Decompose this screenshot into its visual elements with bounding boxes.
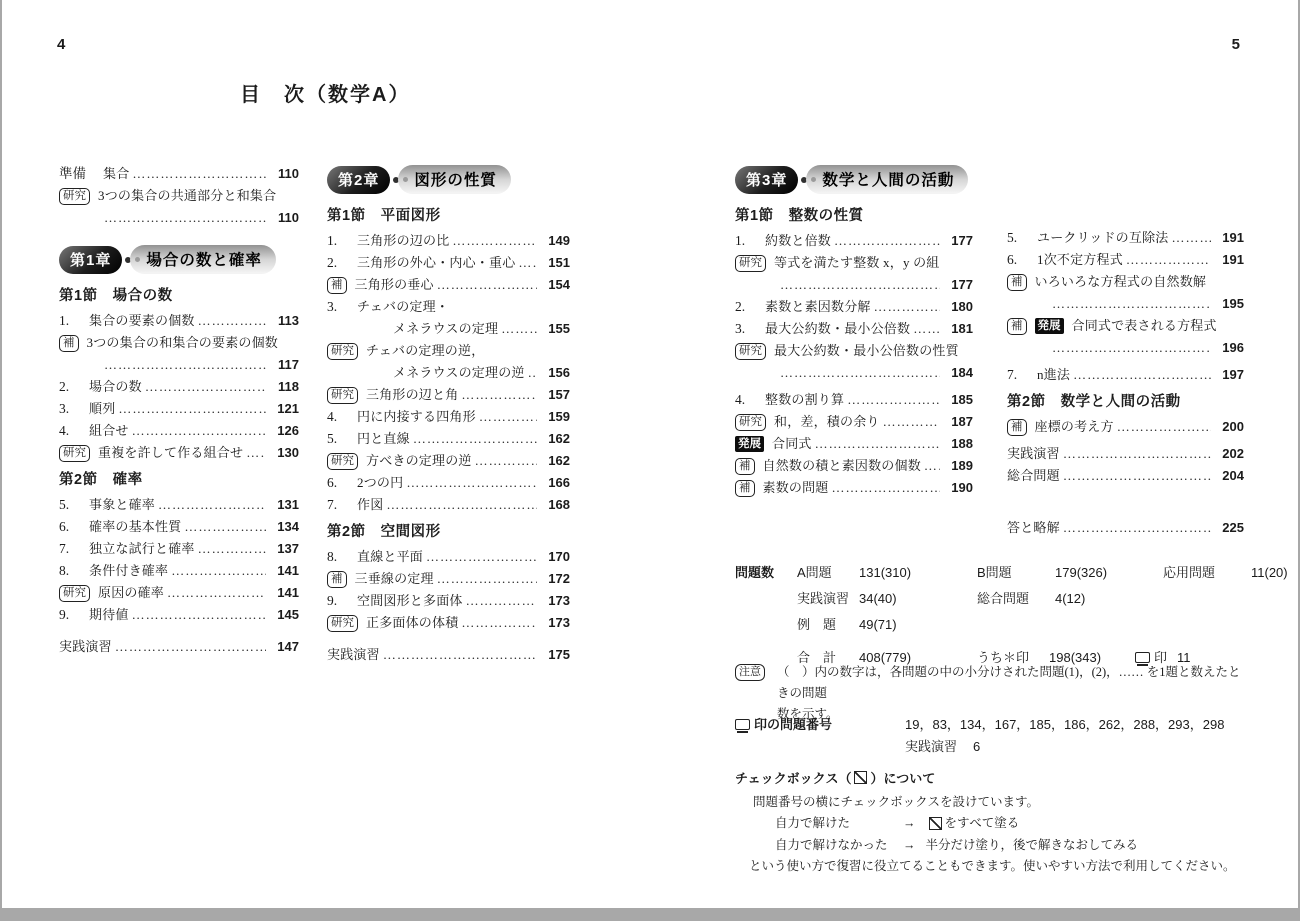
- toc-line: ………………………………………………………………184: [735, 362, 973, 384]
- toc-item: 実践演習………………………………………………………………175: [327, 644, 570, 666]
- toc-column-3: 第3章数学と人間の活動第1節 整数の性質1.約数と倍数……………………………………: [735, 163, 973, 499]
- page-ref: 131: [269, 494, 299, 516]
- page-ref: 118: [269, 376, 299, 398]
- page-ref: 159: [540, 406, 570, 428]
- page-ref: 185: [943, 389, 973, 411]
- checkbox-info-block: チェックボックス（）について 問題番号の横にチェックボックスを設けています。 自…: [735, 768, 1280, 878]
- item-title: 事象と確率: [89, 494, 155, 516]
- item-title: 直線と平面: [357, 546, 423, 568]
- chapter-number-badge: 第2章: [327, 166, 390, 194]
- item-title: 作図: [357, 494, 383, 516]
- page-ref: 154: [540, 274, 570, 296]
- page-ref: 162: [540, 428, 570, 450]
- toc-line: 8.直線と平面………………………………………………………………170: [327, 546, 570, 568]
- item-title: 正多面体の体積: [366, 612, 458, 634]
- dot-leader: ………………………………………………………………: [437, 274, 537, 296]
- research-badge: 研究: [327, 387, 358, 404]
- toc-line: 研究正多面体の体積………………………………………………………………173: [327, 612, 570, 634]
- page-ref: 180: [943, 296, 973, 318]
- toc-item: 研究3つの集合の共通部分と和集合…………………………………………………………………: [59, 185, 299, 229]
- page-ref: 181: [943, 318, 973, 340]
- chapter-number-badge: 第3章: [735, 166, 798, 194]
- item-title: 素数の問題: [763, 477, 829, 499]
- dot-leader: ………………………………………………………………: [780, 274, 940, 296]
- section-heading: 第1節 整数の性質: [735, 206, 973, 227]
- toc-item: 実践演習………………………………………………………………147: [59, 636, 299, 658]
- toc-line: 答と略解………………………………………………………………225: [1007, 517, 1244, 539]
- dot-leader: ………………………………………………………………: [452, 230, 537, 252]
- toc-item: 補いろいろな方程式の自然数解………………………………………………………………19…: [1007, 271, 1244, 315]
- toc-line: 4.組合せ………………………………………………………………126: [59, 420, 299, 442]
- dot-leader: ………………………………………………………………: [132, 420, 266, 442]
- checkbox-info-title: チェックボックス（）について: [735, 768, 1280, 790]
- page-number-right: 5: [1232, 36, 1240, 53]
- marked-extra-label: 実践演習: [905, 739, 957, 754]
- item-title: 重複を許して作る組合せ: [98, 442, 243, 464]
- dot-leader: ………………………………………………………………: [1117, 416, 1211, 438]
- item-title: 円に内接する四角形: [357, 406, 476, 428]
- research-badge: 研究: [59, 445, 90, 462]
- section-heading: 第1節 場合の数: [59, 286, 299, 307]
- item-number: 3.: [327, 296, 357, 318]
- page-ref: 162: [540, 450, 570, 472]
- toc-line: ………………………………………………………………177: [735, 274, 973, 296]
- item-title: 整数の割り算: [765, 389, 844, 411]
- toc-item: 6.確率の基本性質………………………………………………………………134: [59, 516, 299, 538]
- toc-item: 研究方べきの定理の逆………………………………………………………………162: [327, 450, 570, 472]
- toc-line: メネラウスの定理の逆………………………………………………………………156: [327, 362, 570, 384]
- chapter-heading: 第1章場合の数と確率: [59, 245, 299, 274]
- toc-item: 総合問題………………………………………………………………204: [1007, 465, 1244, 487]
- research-badge: 研究: [59, 188, 90, 205]
- page-ref: 172: [540, 568, 570, 590]
- stats-row: A問題131(310)B問題179(326)応用問題11(20): [797, 560, 1300, 586]
- page-ref: 177: [943, 274, 973, 296]
- item-title: 最大公約数・最小公倍数: [765, 318, 910, 340]
- item-title: 自然数の積と素因数の個数: [763, 455, 921, 477]
- toc-line: 研究最大公約数・最小公倍数の性質: [735, 340, 973, 362]
- toc-item: 9.期待値………………………………………………………………145: [59, 604, 299, 626]
- toc-item: 6.1次不定方程式………………………………………………………………191: [1007, 249, 1244, 271]
- page-ref: 187: [943, 411, 973, 433]
- toc-line: 5.ユークリッドの互除法………………………………………………………………191: [1007, 227, 1244, 249]
- item-title: 方べきの定理の逆: [366, 450, 472, 472]
- toc-item: 6.2つの円………………………………………………………………166: [327, 472, 570, 494]
- toc-item: 8.条件付き確率………………………………………………………………141: [59, 560, 299, 582]
- item-title: 約数と倍数: [765, 230, 831, 252]
- dot-leader: ………………………………………………………………: [198, 310, 266, 332]
- item-title: 等式を満たす整数 x，y の組: [774, 252, 940, 274]
- toc-item: 9.空間図形と多面体………………………………………………………………173: [327, 590, 570, 612]
- page-ref: 200: [1214, 416, 1244, 438]
- toc-line: 6.2つの円………………………………………………………………166: [327, 472, 570, 494]
- item-number: 7.: [59, 538, 89, 560]
- supplement-badge: 補: [1007, 419, 1027, 436]
- item-title: 合同式で表される方程式: [1072, 315, 1217, 337]
- dot-leader: ………………………………………………………………: [1073, 364, 1211, 386]
- toc-line: 発展合同式………………………………………………………………188: [735, 433, 973, 455]
- dot-leader: ………………………………………………………………: [1063, 517, 1211, 539]
- toc-item: 研究重複を許して作る組合せ………………………………………………………………130: [59, 442, 299, 464]
- note-badge: 注意: [735, 664, 765, 681]
- checkbox-icon: [854, 771, 867, 784]
- toc-line: 4.整数の割り算………………………………………………………………185: [735, 389, 973, 411]
- dot-leader: ………………………………………………………………: [501, 318, 537, 340]
- supplement-badge: 補: [327, 571, 347, 588]
- item-number: 5.: [327, 428, 357, 450]
- section-heading: 第2節 確率: [59, 470, 299, 491]
- item-title: 独立な試行と確率: [89, 538, 195, 560]
- toc-item: 5.円と直線………………………………………………………………162: [327, 428, 570, 450]
- page-number-left: 4: [57, 36, 65, 53]
- toc-item: 研究和，差，積の余り………………………………………………………………187: [735, 411, 973, 433]
- toc-column-4: 5.ユークリッドの互除法………………………………………………………………1916…: [1007, 163, 1244, 539]
- toc-item: 研究三角形の辺と角………………………………………………………………157: [327, 384, 570, 406]
- toc-item: 研究チェバの定理の逆，メネラウスの定理の逆……………………………………………………: [327, 340, 570, 384]
- page-ref: 126: [269, 420, 299, 442]
- toc-item: 2.場合の数………………………………………………………………118: [59, 376, 299, 398]
- research-badge: 研究: [735, 343, 766, 360]
- toc-item: 3.チェバの定理・メネラウスの定理………………………………………………………………: [327, 296, 570, 340]
- toc-line: 3.チェバの定理・: [327, 296, 570, 318]
- toc-item: 8.直線と平面………………………………………………………………170: [327, 546, 570, 568]
- item-number: 3.: [59, 398, 89, 420]
- toc-column-2: 第2章図形の性質第1節 平面図形1.三角形の辺の比…………………………………………: [327, 163, 570, 666]
- dot-leader: ………………………………………………………………: [167, 582, 266, 604]
- toc-item: 補三角形の垂心………………………………………………………………154: [327, 274, 570, 296]
- toc-line: 準備集合………………………………………………………………110: [59, 163, 299, 185]
- dot-leader: ………………………………………………………………: [1063, 465, 1211, 487]
- item-number: 8.: [327, 546, 357, 568]
- item-number: 1.: [327, 230, 357, 252]
- toc-line: 補三垂線の定理………………………………………………………………172: [327, 568, 570, 590]
- page-ref: 147: [269, 636, 299, 658]
- item-number: 3.: [735, 318, 765, 340]
- dot-leader: ………………………………………………………………: [246, 442, 266, 464]
- toc-item: 2.素数と素因数分解………………………………………………………………180: [735, 296, 973, 318]
- research-badge: 研究: [327, 343, 358, 360]
- page-title: 目 次（数学A）: [240, 78, 410, 107]
- item-title: 実践演習: [59, 636, 112, 658]
- item-number: 8.: [59, 560, 89, 582]
- stats-rows: A問題131(310)B問題179(326)応用問題11(20)実践演習34(4…: [797, 560, 1300, 671]
- toc-line: 補発展合同式で表される方程式: [1007, 315, 1244, 337]
- toc-line: 研究和，差，積の余り………………………………………………………………187: [735, 411, 973, 433]
- page-ref: 157: [540, 384, 570, 406]
- toc-line: 実践演習………………………………………………………………202: [1007, 443, 1244, 465]
- checkbox-title-pre: チェックボックス（: [735, 771, 851, 786]
- supplement-badge: 補: [59, 335, 79, 352]
- dot-leader: ………………………………………………………………: [145, 376, 266, 398]
- page-ref: 113: [269, 310, 299, 332]
- page-ref: 191: [1214, 227, 1244, 249]
- page-ref: 177: [943, 230, 973, 252]
- item-title: 原因の確率: [98, 582, 164, 604]
- checkbox-solved-text: をすべて塗る: [945, 813, 1020, 835]
- stats-row: 実践演習34(40)総合問題4(12): [797, 586, 1300, 612]
- toc-item: 研究等式を満たす整数 x，y の組………………………………………………………………: [735, 252, 973, 296]
- toc-line: 補素数の問題………………………………………………………………190: [735, 477, 973, 499]
- dot-leader: ………………………………………………………………: [132, 604, 266, 626]
- section-heading: 第1節 平面図形: [327, 206, 570, 227]
- dot-leader: ………………………………………………………………: [383, 644, 537, 666]
- dot-leader: ………………………………………………………………: [171, 560, 266, 582]
- stats-key: 実践演習: [797, 586, 859, 612]
- dot-leader: ………………………………………………………………: [475, 450, 537, 472]
- computer-icon: [735, 719, 750, 730]
- item-number: 6.: [327, 472, 357, 494]
- item-number: 5.: [59, 494, 89, 516]
- dot-leader: ………………………………………………………………: [883, 411, 940, 433]
- toc-line: 研究チェバの定理の逆，: [327, 340, 570, 362]
- toc-line: 2.三角形の外心・内心・重心………………………………………………………………15…: [327, 252, 570, 274]
- page-ref: 145: [269, 604, 299, 626]
- toc-line: ………………………………………………………………195: [1007, 293, 1244, 315]
- page-ref: 168: [540, 494, 570, 516]
- item-title: 集合の要素の個数: [89, 310, 195, 332]
- dot-leader: ………………………………………………………………: [406, 472, 537, 494]
- page-ref: 184: [943, 362, 973, 384]
- toc-item: 答と略解………………………………………………………………225: [1007, 517, 1244, 539]
- item-title: 集合: [103, 163, 129, 185]
- toc-item: 1.約数と倍数………………………………………………………………177: [735, 230, 973, 252]
- page-ref: 117: [269, 354, 299, 376]
- dot-leader: ………………………………………………………………: [198, 538, 266, 560]
- dot-leader: ………………………………………………………………: [104, 207, 266, 229]
- research-badge: 研究: [735, 414, 766, 431]
- item-title: 場合の数: [89, 376, 142, 398]
- toc-item: 補三垂線の定理………………………………………………………………172: [327, 568, 570, 590]
- toc-item: 1.三角形の辺の比………………………………………………………………149: [327, 230, 570, 252]
- page-ref: 110: [269, 207, 299, 229]
- toc-line: 研究三角形の辺と角………………………………………………………………157: [327, 384, 570, 406]
- toc-item: 研究正多面体の体積………………………………………………………………173: [327, 612, 570, 634]
- item-title: 三角形の辺の比: [357, 230, 449, 252]
- page-ref: 204: [1214, 465, 1244, 487]
- page-ref: 141: [269, 560, 299, 582]
- checkbox-unsolved-label: 自力で解けなかった: [775, 835, 903, 857]
- page-ref: 141: [269, 582, 299, 604]
- item-number: 6.: [1007, 249, 1037, 271]
- dot-leader: ………………………………………………………………: [426, 546, 537, 568]
- dot-leader: ………………………………………………………………: [815, 433, 940, 455]
- supplement-badge: 補: [327, 277, 347, 294]
- item-number: 4.: [59, 420, 89, 442]
- section-heading: 第2節 空間図形: [327, 522, 570, 543]
- dot-leader: ………………………………………………………………: [874, 296, 940, 318]
- stats-value: 131(310): [859, 560, 977, 586]
- dot-leader: ………………………………………………………………: [466, 590, 537, 612]
- supplement-badge: 補: [1007, 274, 1027, 291]
- item-number: 5.: [1007, 227, 1037, 249]
- arrow-icon: →: [903, 813, 916, 835]
- stats-key: 例 題: [797, 612, 859, 638]
- stats-row: 例 題49(71): [797, 612, 1300, 638]
- checkbox-unsolved-row: 自力で解けなかった→半分だけ塗り，後で解きなおしてみる: [735, 835, 1280, 857]
- item-title: 三角形の辺と角: [366, 384, 458, 406]
- toc-item: 3.最大公約数・最小公倍数………………………………………………………………181: [735, 318, 973, 340]
- item-title: 答と略解: [1007, 517, 1060, 539]
- page-ref: 166: [540, 472, 570, 494]
- toc-item: 5.事象と確率………………………………………………………………131: [59, 494, 299, 516]
- item-title: 総合問題: [1007, 465, 1060, 487]
- toc-line: 1.集合の要素の個数………………………………………………………………113: [59, 310, 299, 332]
- page-ref: 173: [540, 612, 570, 634]
- page-ref: 134: [269, 516, 299, 538]
- item-prefix: 準備: [59, 163, 103, 185]
- toc-line: 7.n進法………………………………………………………………197: [1007, 364, 1244, 386]
- item-number: 7.: [327, 494, 357, 516]
- toc-line: ………………………………………………………………117: [59, 354, 299, 376]
- item-title: 順列: [89, 398, 115, 420]
- dot-leader: ………………………………………………………………: [461, 612, 537, 634]
- toc-item: 補素数の問題………………………………………………………………190: [735, 477, 973, 499]
- item-title: 素数と素因数分解: [765, 296, 871, 318]
- item-title: 合同式: [772, 433, 812, 455]
- toc-line: 実践演習………………………………………………………………147: [59, 636, 299, 658]
- toc-line: 補3つの集合の和集合の要素の個数: [59, 332, 299, 354]
- toc-line: 3.順列………………………………………………………………121: [59, 398, 299, 420]
- stats-value: 34(40): [859, 586, 977, 612]
- toc-item: 4.円に内接する四角形………………………………………………………………159: [327, 406, 570, 428]
- item-title: 三角形の外心・内心・重心: [357, 252, 515, 274]
- toc-item: 5.ユークリッドの互除法………………………………………………………………191: [1007, 227, 1244, 249]
- supplement-badge: 補: [1007, 318, 1027, 335]
- toc-item: 研究最大公約数・最小公倍数の性質…………………………………………………………………: [735, 340, 973, 384]
- page-ref: 130: [269, 442, 299, 464]
- item-number: 9.: [327, 590, 357, 612]
- item-title: 最大公約数・最小公倍数の性質: [774, 340, 959, 362]
- item-number: 2.: [327, 252, 357, 274]
- marked-problems-block: 印の問題番号 19，83，134，167，185，186，262，288，293…: [735, 714, 1224, 758]
- item-title: いろいろな方程式の自然数解: [1035, 271, 1207, 293]
- item-number: 2.: [59, 376, 89, 398]
- toc-item: 4.組合せ………………………………………………………………126: [59, 420, 299, 442]
- toc-line: メネラウスの定理………………………………………………………………155: [327, 318, 570, 340]
- toc-line: 研究原因の確率………………………………………………………………141: [59, 582, 299, 604]
- chapter-heading: 第3章数学と人間の活動: [735, 165, 973, 194]
- section-heading: 第2節 数学と人間の活動: [1007, 392, 1244, 413]
- page-ref: 155: [540, 318, 570, 340]
- toc-item: 7.n進法………………………………………………………………197: [1007, 364, 1244, 386]
- item-title: ユークリッドの互除法: [1037, 227, 1168, 249]
- item-title: 1次不定方程式: [1037, 249, 1123, 271]
- toc-line: ………………………………………………………………196: [1007, 337, 1244, 359]
- item-title: n進法: [1037, 364, 1070, 386]
- dot-leader: ………………………………………………………………: [1126, 249, 1211, 271]
- item-title: メネラウスの定理: [393, 318, 498, 340]
- toc-line: 9.期待値………………………………………………………………145: [59, 604, 299, 626]
- marked-problems-label-text: 印の問題番号: [754, 717, 832, 732]
- stats-label: 問題数: [735, 560, 797, 671]
- dot-leader: ………………………………………………………………: [924, 455, 940, 477]
- toc-line: 4.円に内接する四角形………………………………………………………………159: [327, 406, 570, 428]
- item-title: 組合せ: [89, 420, 129, 442]
- toc-item: 準備集合………………………………………………………………110: [59, 163, 299, 185]
- marked-problems-values: 19，83，134，167，185，186，262，288，293，298 実践…: [905, 714, 1224, 758]
- page-ref: 137: [269, 538, 299, 560]
- book-spread: 4 5 目 次（数学A） 準備集合………………………………………………………………: [2, 0, 1298, 908]
- dot-leader: ………………………………………………………………: [158, 494, 266, 516]
- toc-line: 補座標の考え方………………………………………………………………200: [1007, 416, 1244, 438]
- stats-key: A問題: [797, 560, 859, 586]
- chapter-title-badge: 図形の性質: [398, 165, 511, 194]
- item-number: 9.: [59, 604, 89, 626]
- dot-leader: ………………………………………………………………: [518, 252, 537, 274]
- page-ref: 197: [1214, 364, 1244, 386]
- page-ref: 191: [1214, 249, 1244, 271]
- dot-leader: ………………………………………………………………: [1052, 337, 1211, 359]
- toc-line: 補いろいろな方程式の自然数解: [1007, 271, 1244, 293]
- marked-extra-value: 6: [973, 739, 980, 754]
- stats-key: 応用問題: [1163, 560, 1251, 586]
- toc-line: 3.最大公約数・最小公倍数………………………………………………………………181: [735, 318, 973, 340]
- dot-leader: ………………………………………………………………: [118, 398, 266, 420]
- page-ref: 190: [943, 477, 973, 499]
- chapter-heading: 第2章図形の性質: [327, 165, 570, 194]
- chapter-title-badge: 数学と人間の活動: [806, 165, 968, 194]
- dot-leader: ………………………………………………………………: [437, 568, 537, 590]
- toc-line: 6.1次不定方程式………………………………………………………………191: [1007, 249, 1244, 271]
- toc-item: 7.作図………………………………………………………………168: [327, 494, 570, 516]
- stats-value: 4(12): [1055, 586, 1163, 612]
- toc-item: 2.三角形の外心・内心・重心………………………………………………………………15…: [327, 252, 570, 274]
- toc-item: 3.順列………………………………………………………………121: [59, 398, 299, 420]
- page-ref: 175: [540, 644, 570, 666]
- item-number: 1.: [735, 230, 765, 252]
- toc-line: 1.約数と倍数………………………………………………………………177: [735, 230, 973, 252]
- arrow-icon: →: [903, 835, 916, 857]
- page-ref: 225: [1214, 517, 1244, 539]
- checkbox-info-line1: 問題番号の横にチェックボックスを設けています。: [735, 792, 1280, 814]
- marked-problems-label: 印の問題番号: [735, 714, 905, 758]
- stats-value: 179(326): [1055, 560, 1163, 586]
- item-title: 円と直線: [357, 428, 410, 450]
- research-badge: 研究: [327, 615, 358, 632]
- toc-line: 2.場合の数………………………………………………………………118: [59, 376, 299, 398]
- item-title: 和，差，積の余り: [774, 411, 880, 433]
- toc-line: 2.素数と素因数分解………………………………………………………………180: [735, 296, 973, 318]
- item-number: 2.: [735, 296, 765, 318]
- toc-item: 研究原因の確率………………………………………………………………141: [59, 582, 299, 604]
- toc-item: 補3つの集合の和集合の要素の個数…………………………………………………………………: [59, 332, 299, 376]
- toc-line: 総合問題………………………………………………………………204: [1007, 465, 1244, 487]
- item-title: 期待値: [89, 604, 129, 626]
- item-number: 4.: [327, 406, 357, 428]
- toc-line: 7.独立な試行と確率………………………………………………………………137: [59, 538, 299, 560]
- toc-line: 補三角形の垂心………………………………………………………………154: [327, 274, 570, 296]
- dot-leader: ………………………………………………………………: [115, 636, 266, 658]
- dot-leader: ………………………………………………………………: [132, 163, 266, 185]
- toc-line: 9.空間図形と多面体………………………………………………………………173: [327, 590, 570, 612]
- stats-value: 49(71): [859, 612, 977, 638]
- toc-line: 補自然数の積と素因数の個数………………………………………………………………189: [735, 455, 973, 477]
- toc-item: 1.集合の要素の個数………………………………………………………………113: [59, 310, 299, 332]
- page-ref: 121: [269, 398, 299, 420]
- dot-leader: ………………………………………………………………: [834, 230, 940, 252]
- toc-item: 7.独立な試行と確率………………………………………………………………137: [59, 538, 299, 560]
- item-title: チェバの定理の逆，: [366, 340, 484, 362]
- dot-leader: ………………………………………………………………: [1171, 227, 1211, 249]
- dot-leader: ………………………………………………………………: [832, 477, 940, 499]
- dot-leader: ………………………………………………………………: [528, 362, 537, 384]
- dot-leader: ………………………………………………………………: [104, 354, 266, 376]
- page-ref: 151: [540, 252, 570, 274]
- research-badge: 研究: [59, 585, 90, 602]
- item-number: 1.: [59, 310, 89, 332]
- item-title: 2つの円: [357, 472, 403, 494]
- checkbox-solved-row: 自力で解けた→をすべて塗る: [735, 813, 1280, 835]
